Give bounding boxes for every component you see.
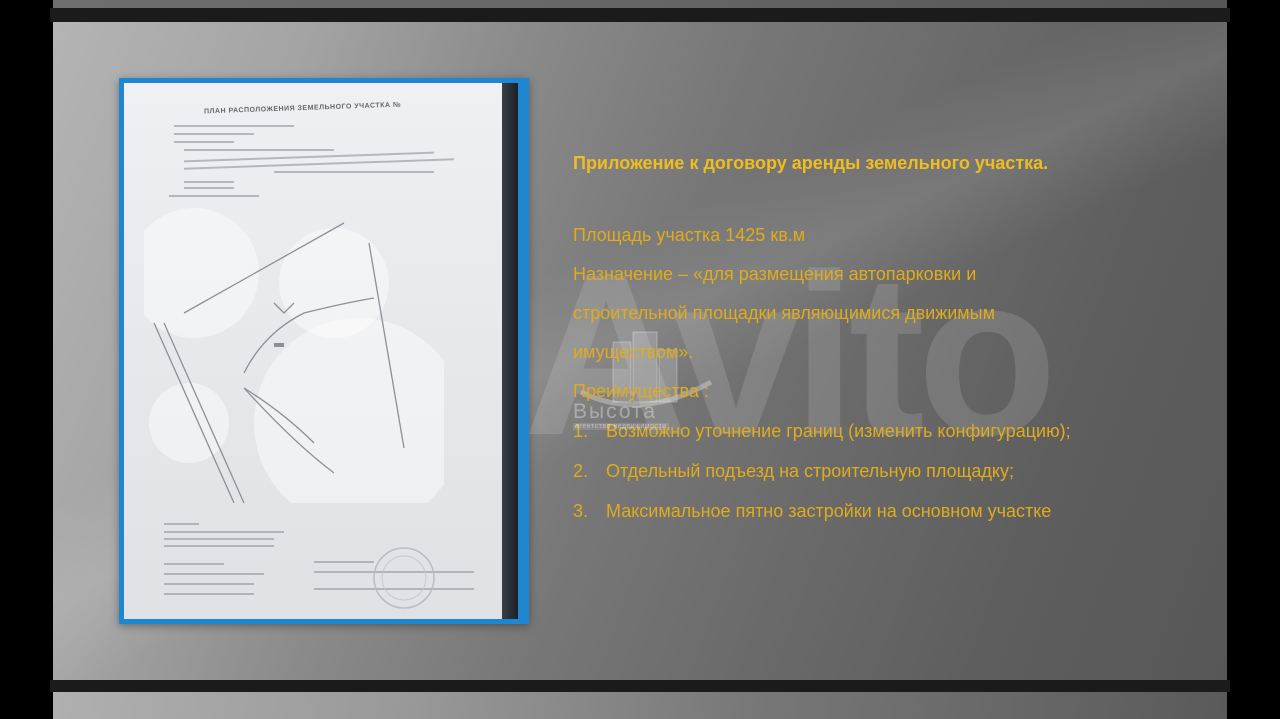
advantage-number: 3. xyxy=(573,491,606,531)
document-stamp xyxy=(364,543,454,613)
advantage-number: 2. xyxy=(573,451,606,491)
doc-text-line xyxy=(184,187,234,189)
doc-text-line xyxy=(169,195,259,197)
document-title: ПЛАН РАСПОЛОЖЕНИЯ ЗЕМЕЛЬНОГО УЧАСТКА № xyxy=(204,102,401,116)
doc-text-line xyxy=(164,523,199,525)
area-line: Площадь участка 1425 кв.м xyxy=(573,216,1071,255)
advantage-item: 3.Максимальное пятно застройки на основн… xyxy=(573,491,1071,531)
next-slide-strip xyxy=(53,692,1227,719)
doc-text-line xyxy=(164,538,274,540)
advantage-item: 2.Отдельный подъезд на строительную площ… xyxy=(573,451,1071,491)
slide-heading: Приложение к договору аренды земельного … xyxy=(573,150,1071,176)
doc-text-line xyxy=(174,141,234,143)
doc-text-line xyxy=(174,125,294,127)
doc-text-line xyxy=(184,149,334,151)
purpose-line-2: строительной площадки являющимися движим… xyxy=(573,294,1071,333)
doc-text-line xyxy=(274,171,434,173)
doc-text-line xyxy=(164,573,264,575)
agency-watermark-name: Высота xyxy=(573,400,657,424)
document-paper: ПЛАН РАСПОЛОЖЕНИЯ ЗЕМЕЛЬНОГО УЧАСТКА № xyxy=(124,83,518,619)
doc-text-line xyxy=(174,133,254,135)
advantage-text: Возможно уточнение границ (изменить конф… xyxy=(606,421,1071,441)
presentation-slide: ПЛАН РАСПОЛОЖЕНИЯ ЗЕМЕЛЬНОГО УЧАСТКА № xyxy=(53,22,1227,680)
land-plan-document-image: ПЛАН РАСПОЛОЖЕНИЯ ЗЕМЕЛЬНОГО УЧАСТКА № xyxy=(119,78,529,624)
doc-text-line xyxy=(164,531,284,533)
doc-text-line xyxy=(164,593,254,595)
previous-slide-strip xyxy=(53,0,1227,8)
slide-divider xyxy=(50,8,1230,22)
purpose-line-1: Назначение – «для размещения автопарковк… xyxy=(573,255,1071,294)
advantage-text: Отдельный подъезд на строительную площад… xyxy=(606,461,1014,481)
slide-divider xyxy=(50,680,1230,692)
document-shadow-edge xyxy=(502,83,518,619)
agency-watermark-subtitle: агентство недвижимости xyxy=(573,423,669,430)
purpose-line-3: имуществом». xyxy=(573,333,1071,372)
advantage-text: Максимальное пятно застройки на основном… xyxy=(606,501,1051,521)
doc-text-line xyxy=(164,583,254,585)
doc-text-line xyxy=(164,563,224,565)
slide-text-block: Приложение к договору аренды земельного … xyxy=(573,150,1071,531)
doc-text-line xyxy=(164,545,274,547)
land-plot-map xyxy=(144,203,444,503)
doc-text-line xyxy=(184,181,234,183)
